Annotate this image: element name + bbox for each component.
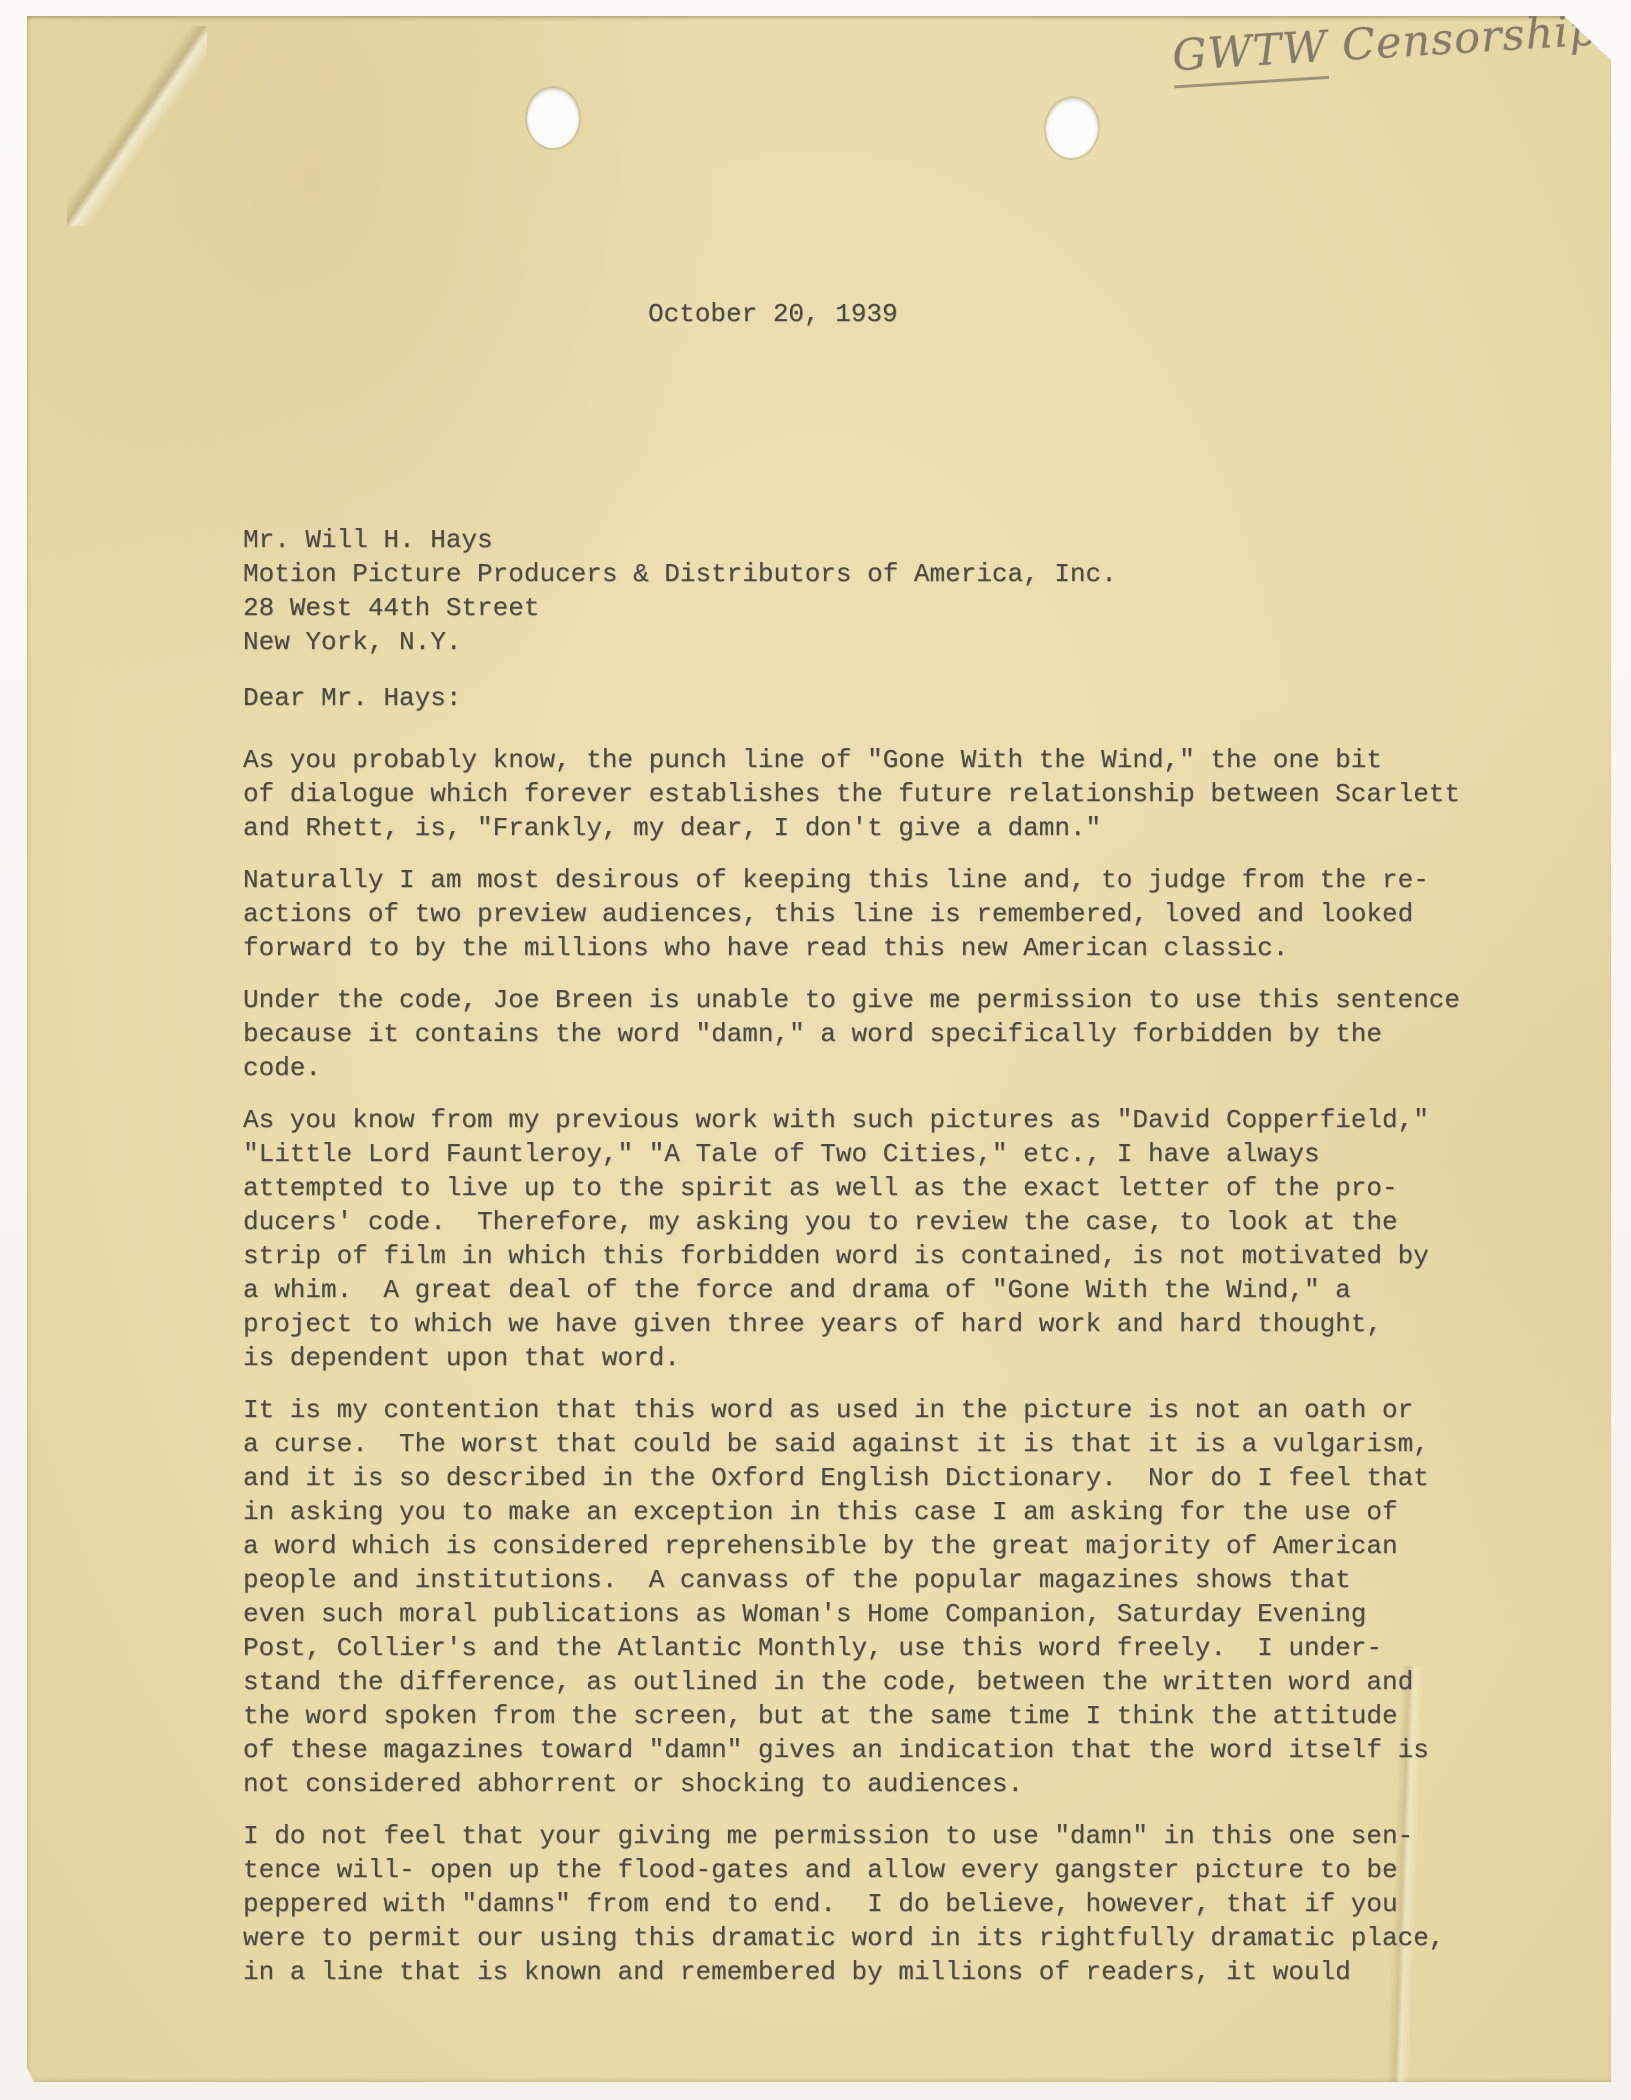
- scan-background: GWTW Censorship October 20, 1939 Mr. Wil…: [0, 0, 1631, 2100]
- hole-punch-right: [1043, 95, 1101, 160]
- salutation: Dear Mr. Hays:: [243, 681, 1523, 715]
- letter-paragraph-6: I do not feel that your giving me permis…: [243, 1819, 1523, 1989]
- hole-punch-left: [527, 88, 579, 148]
- letter-paragraph-1: As you probably know, the punch line of …: [243, 743, 1523, 845]
- letter-paragraph-5: It is my contention that this word as us…: [243, 1393, 1523, 1801]
- letter-paper: GWTW Censorship October 20, 1939 Mr. Wil…: [27, 16, 1611, 2082]
- paper-crease-top-left: [67, 26, 207, 226]
- handwritten-annotation: GWTW Censorship: [1171, 5, 1613, 82]
- letter-paragraph-4: As you know from my previous work with s…: [243, 1103, 1523, 1375]
- letter-date: October 20, 1939: [648, 297, 898, 331]
- annotation-word: Censorship: [1326, 5, 1599, 71]
- annotation-underlined-word: GWTW: [1171, 22, 1330, 88]
- letter-body: Mr. Will H. Hays Motion Picture Producer…: [243, 523, 1523, 2007]
- recipient-address-block: Mr. Will H. Hays Motion Picture Producer…: [243, 523, 1523, 659]
- letter-paragraph-2: Naturally I am most desirous of keeping …: [243, 863, 1523, 965]
- letter-paragraph-3: Under the code, Joe Breen is unable to g…: [243, 983, 1523, 1085]
